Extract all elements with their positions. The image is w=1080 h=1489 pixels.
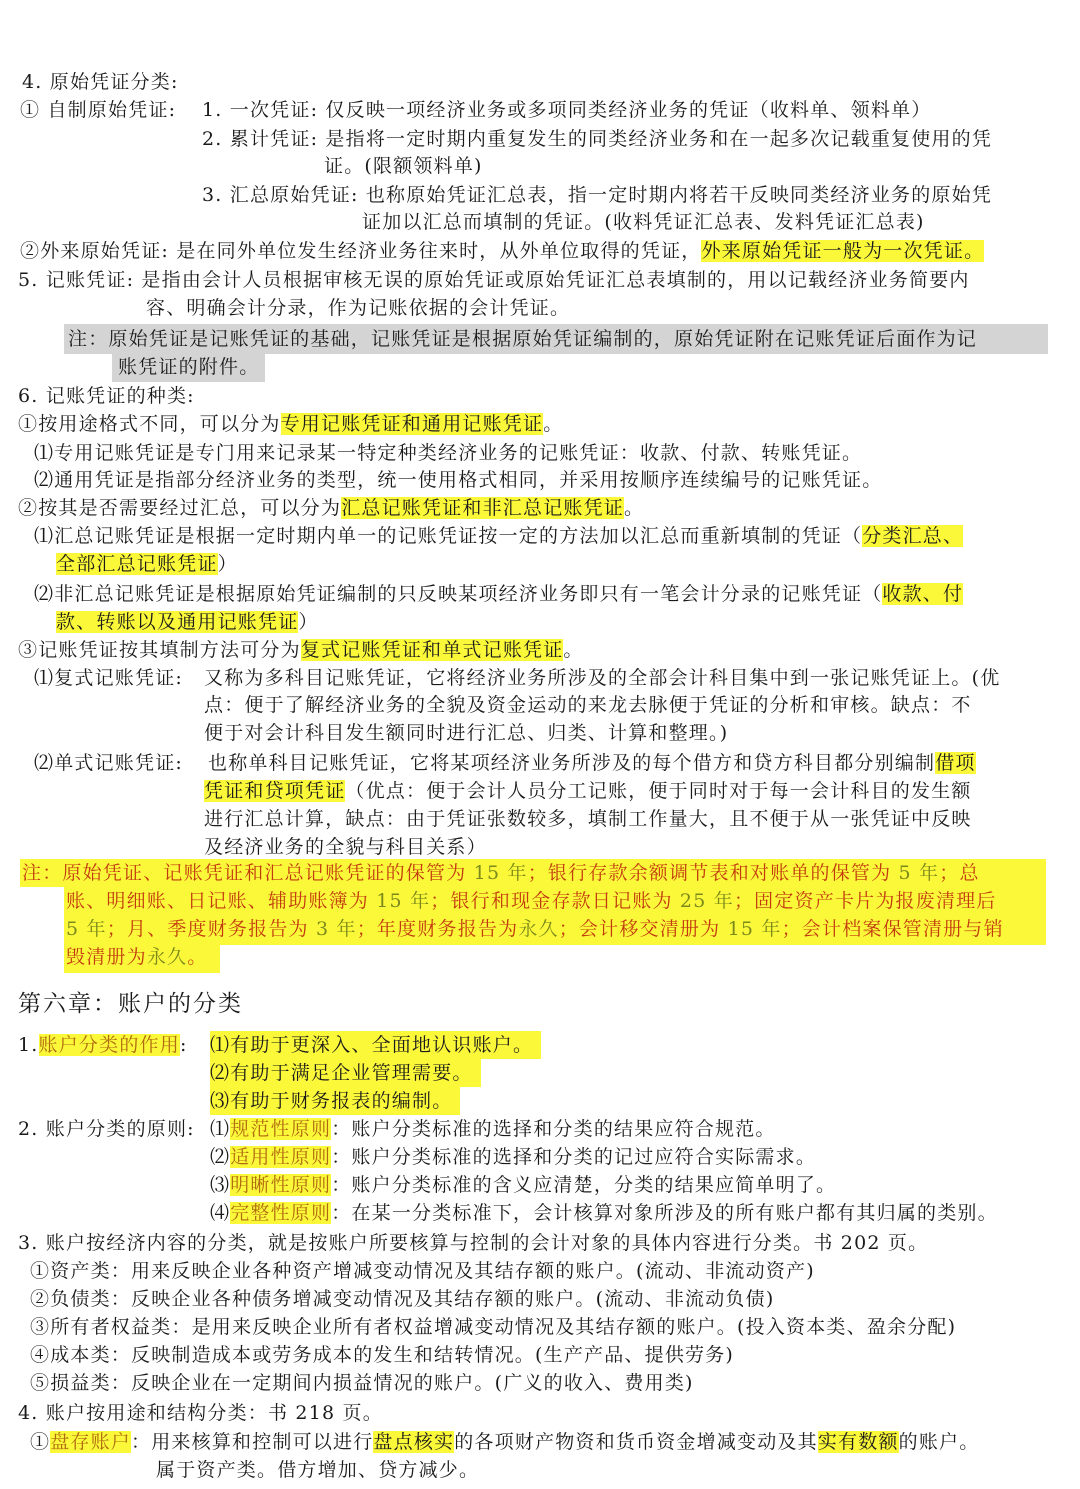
external-voucher-label: ②外来原始凭证: xyxy=(20,240,169,262)
account-class-1: ①资产类：用来反映企业各种资产增减变动情况及其结存额的账户。(流动、非流动资产) xyxy=(30,1257,815,1285)
note-text: 毁清册为 xyxy=(66,946,147,968)
item-highlight: 借项 xyxy=(935,752,975,774)
note-text: 账、明细账、日记账、辅助账簿为 xyxy=(66,890,376,912)
principle-2: ⑵适用性原则：账户分类标准的选择和分类的记过应符合实际需求。 xyxy=(210,1143,816,1171)
account-function-label: 账户分类的作用 xyxy=(39,1034,180,1056)
classification-text: ③记账凭证按其填制方法可分为 xyxy=(18,639,301,661)
retention-period: 5 年 xyxy=(66,918,107,940)
voucher-type-label: 2. 累计凭证: xyxy=(202,128,318,150)
principle-text: ：账户分类标准的选择和分类的结果应符合规范。 xyxy=(331,1118,775,1140)
inventory-account-cont: 属于资产类。借方增加、贷方减少。 xyxy=(156,1456,479,1484)
section-number: 1. xyxy=(18,1034,39,1056)
classification-1-item-2: ⑵通用凭证是指部分经济业务的类型，统一使用格式相同，并采用按顺序连续编号的记账凭… xyxy=(34,466,882,494)
classification-highlight: 汇总记账凭证和非汇总记账凭证 xyxy=(341,497,624,519)
note-text: ；月、季度财务报告为 xyxy=(107,918,316,940)
punct: ） xyxy=(218,553,238,575)
note-text: ；固定资产卡片为报废清理后 xyxy=(734,890,997,912)
retention-note-line-2: 账、明细账、日记账、辅助账簿为 15 年；银行和现金存款日记账为 25 年；固定… xyxy=(66,887,997,915)
account-function: 1.账户分类的作用: xyxy=(18,1031,188,1059)
single-voucher-line-1: 也称单科目记账凭证，它将某项经济业务所涉及的每个借方和贷方科目都分别编制借项 xyxy=(208,749,976,777)
principle-text: ：账户分类标准的选择和分类的记过应符合实际需求。 xyxy=(331,1146,816,1168)
note-text: ；银行存款余额调节表和对账单的保管为 xyxy=(528,862,899,884)
single-voucher-line-2: 凭证和贷项凭证（优点：便于会计人员分工记账，便于同时对于每一会计科目的发生额 xyxy=(204,777,972,805)
account-class-2: ②负债类：反映企业各种债务增减变动情况及其结存额的账户。(流动、非流动负债) xyxy=(30,1285,774,1313)
principle-name: 明晰性原则 xyxy=(230,1174,331,1196)
classification-text: ②按其是否需要经过汇总，可以分为 xyxy=(18,497,341,519)
inventory-account-name: 盘存账户 xyxy=(50,1431,131,1453)
voucher-type-3: 3. 汇总原始凭证: 也称原始凭证汇总表，指一定时期内将若干反映同类经济业务的原… xyxy=(202,181,992,209)
external-voucher: ②外来原始凭证: 是在同外单位发生经济业务往来时，从外单位取得的凭证，外来原始凭… xyxy=(20,237,984,265)
item-highlight: 凭证和贷项凭证 xyxy=(204,780,345,802)
classification-2: ②按其是否需要经过汇总，可以分为汇总记账凭证和非汇总记账凭证。 xyxy=(18,494,644,522)
voucher-type-text: 也称原始凭证汇总表，指一定时期内将若干反映同类经济业务的原始凭 xyxy=(366,184,992,206)
classification-1-item-1: ⑴专用记账凭证是专门用来记录某一特定种类经济业务的记账凭证：收款、付款、转账凭证… xyxy=(34,439,862,467)
note-text: ；会计档案保管清册与销 xyxy=(782,918,1004,940)
item-text: （优点：便于会计人员分工记账，便于同时对于每一会计科目的发生额 xyxy=(345,780,971,802)
note-text: ；银行和现金存款日记账为 xyxy=(430,890,680,912)
retention-period: 3 年 xyxy=(316,918,357,940)
account-class-4: ④成本类：反映制造成本或劳务成本的发生和结转情况。(生产产品、提供劳务) xyxy=(30,1341,734,1369)
note-text: ；年度财务报告为 xyxy=(357,918,519,940)
principle-number: ⑶ xyxy=(210,1174,230,1196)
gray-note-line-2: 账凭证的附件。 xyxy=(112,352,265,382)
account-class-3: ③所有者权益类：是用来反映企业所有者权益增减变动情况及其结存额的账户。(投入资本… xyxy=(30,1313,956,1341)
usage-structure-title: 4. 账户按用途和结构分类：书 218 页。 xyxy=(18,1399,383,1427)
retention-period: 15 年 xyxy=(474,862,528,884)
retention-period: 15 年 xyxy=(376,890,430,912)
retention-period: 15 年 xyxy=(728,918,782,940)
voucher-type-2-cont: 证。(限额领料单) xyxy=(324,152,483,180)
retention-note-line-3: 5 年；月、季度财务报告为 3 年；年度财务报告为永久；会计移交清册为 15 年… xyxy=(66,915,1004,943)
note-text: ；总 xyxy=(939,862,979,884)
note-text: 。 xyxy=(187,946,207,968)
classification-2-item-1-cont: 全部汇总记账凭证） xyxy=(56,550,238,578)
economic-content-title: 3. 账户按经济内容的分类，就是按账户所要核算与控制的会计对象的具体内容进行分类… xyxy=(18,1229,928,1257)
compound-voucher-line-3: 便于对会计科目发生额同时进行汇总、归类、计算和整理。) xyxy=(204,719,728,747)
principle-number: ⑷ xyxy=(210,1202,230,1224)
function-item-3: ⑶有助于财务报表的编制。 xyxy=(210,1087,460,1115)
item-text: 也称单科目记账凭证，它将某项经济业务所涉及的每个借方和贷方科目都分别编制 xyxy=(208,752,935,774)
voucher-type-label: 1. 一次凭证: xyxy=(202,99,318,121)
item-highlight: 盘点核实 xyxy=(373,1431,454,1453)
principle-text: ：账户分类标准的含义应清楚，分类的结果应简单明了。 xyxy=(331,1174,836,1196)
single-voucher-label: ⑵单式记账凭证: xyxy=(34,749,183,777)
principle-number: ⑴ xyxy=(210,1118,230,1140)
classification-2-item-2: ⑵非汇总记账凭证是根据原始凭证编制的只反映某项经济业务即只有一笔会计分录的记账凭… xyxy=(34,580,963,608)
principle-number: ⑵ xyxy=(210,1146,230,1168)
classification-highlight: 专用记账凭证和通用记账凭证 xyxy=(281,413,544,435)
account-class-5: ⑤损益类：反映企业在一定期间内损益情况的账户。(广义的收入、费用类) xyxy=(30,1369,694,1397)
section-5: 5. 记账凭证: 是指由会计人员根据审核无误的原始凭证或原始凭证汇总表填制的，用… xyxy=(18,266,970,294)
external-voucher-highlight: 外来原始凭证一般为一次凭证。 xyxy=(701,240,984,262)
principle-1: ⑴规范性原则：账户分类标准的选择和分类的结果应符合规范。 xyxy=(210,1115,776,1143)
punct: 。 xyxy=(563,639,583,661)
item-text: 的账户。 xyxy=(899,1431,980,1453)
voucher-type-2: 2. 累计凭证: 是指将一定时期内重复发生的同类经济业务和在一起多次记载重复使用… xyxy=(202,125,992,153)
punct: 。 xyxy=(543,413,563,435)
punct: ） xyxy=(298,611,318,633)
item-highlight: 收款、付 xyxy=(882,583,963,605)
note-text: 注：原始凭证、记账凭证和汇总记账凭证的保管为 xyxy=(22,862,474,884)
retention-period: 5 年 xyxy=(899,862,940,884)
voucher-type-label: 3. 汇总原始凭证: xyxy=(202,184,359,206)
voucher-type-3-cont: 证加以汇总而填制的凭证。(收料凭证汇总表、发料凭证汇总表) xyxy=(362,208,925,236)
voucher-type-text: 是指将一定时期内重复发生的同类经济业务和在一起多次记载重复使用的凭 xyxy=(325,128,992,150)
item-highlight: 分类汇总、 xyxy=(862,525,963,547)
self-made-voucher-label: ① 自制原始凭证: xyxy=(20,96,176,124)
external-voucher-text: 是在同外单位发生经济业务往来时，从外单位取得的凭证， xyxy=(176,240,701,262)
item-highlight: 款、转账以及通用记账凭证 xyxy=(56,611,298,633)
item-text: ⑵非汇总记账凭证是根据原始凭证编制的只反映某项经济业务即只有一笔会计分录的记账凭… xyxy=(34,583,882,605)
item-text: ：用来核算和控制可以进行 xyxy=(131,1431,373,1453)
classification-2-item-2-cont: 款、转账以及通用记账凭证） xyxy=(56,608,319,636)
single-voucher-line-4: 及经济业务的全貌与科目关系） xyxy=(204,833,487,861)
voucher-type-1: 1. 一次凭证: 仅反映一项经济业务或多项同类经济业务的凭证（收料单、领料单） xyxy=(202,96,931,124)
single-voucher-line-3: 进行汇总计算，缺点：由于凭证张数较多，填制工作量大，且不便于从一张凭证中反映 xyxy=(204,805,972,833)
principle-text: ：在某一分类标准下，会计核算对象所涉及的所有账户都有其归属的类别。 xyxy=(331,1202,998,1224)
principle-name: 完整性原则 xyxy=(230,1202,331,1224)
classification-1: ①按用途格式不同，可以分为专用记账凭证和通用记账凭证。 xyxy=(18,410,563,438)
principle-name: 规范性原则 xyxy=(230,1118,331,1140)
principle-3: ⑶明晰性原则：账户分类标准的含义应清楚，分类的结果应简单明了。 xyxy=(210,1171,836,1199)
retention-period: 25 年 xyxy=(680,890,734,912)
item-highlight: 全部汇总记账凭证 xyxy=(56,553,218,575)
function-item-1: ⑴有助于更深入、全面地认识账户。 xyxy=(210,1031,541,1059)
function-item-2: ⑵有助于满足企业管理需要。 xyxy=(210,1059,481,1087)
section-6-title: 6. 记账凭证的种类: xyxy=(18,382,195,410)
item-number: ① xyxy=(30,1431,50,1453)
item-text: ⑴汇总记账凭证是根据一定时期内单一的记账凭证按一定的方法加以汇总而重新填制的凭证… xyxy=(34,525,862,547)
compound-voucher-line-2: 点：便于了解经济业务的全貌及资金运动的来龙去脉便于凭证的分析和审核。缺点：不 xyxy=(204,691,972,719)
section-5-text: 是指由会计人员根据审核无误的原始凭证或原始凭证汇总表填制的，用以记载经济业务简要… xyxy=(141,269,969,291)
item-text: 的各项财产物资和货币资金增减变动及其 xyxy=(454,1431,818,1453)
principle-4: ⑷完整性原则：在某一分类标准下，会计核算对象所涉及的所有账户都有其归属的类别。 xyxy=(210,1199,998,1227)
retention-period: 永久 xyxy=(518,918,558,940)
classification-2-item-1: ⑴汇总记账凭证是根据一定时期内单一的记账凭证按一定的方法加以汇总而重新填制的凭证… xyxy=(34,522,963,550)
classification-text: ①按用途格式不同，可以分为 xyxy=(18,413,281,435)
section-4-title: 4. 原始凭证分类: xyxy=(22,68,179,96)
classification-3: ③记账凭证按其填制方法可分为复式记账凭证和单式记账凭证。 xyxy=(18,636,584,664)
voucher-type-text: 仅反映一项经济业务或多项同类经济业务的凭证（收料单、领料单） xyxy=(325,99,931,121)
item-highlight: 实有数额 xyxy=(818,1431,899,1453)
chapter-title: 第六章：账户的分类 xyxy=(18,988,243,1020)
retention-period: 永久 xyxy=(147,946,187,968)
inventory-account: ①盘存账户：用来核算和控制可以进行盘点核实的各项财产物资和货币资金增减变动及其实… xyxy=(30,1428,979,1456)
compound-voucher-label: ⑴复式记账凭证: xyxy=(34,664,183,692)
punct: : xyxy=(180,1034,188,1056)
retention-note-line-1: 注：原始凭证、记账凭证和汇总记账凭证的保管为 15 年；银行存款余额调节表和对账… xyxy=(22,859,980,887)
gray-note-line-1: 注：原始凭证是记账凭证的基础，记账凭证是根据原始凭证编制的，原始凭证附在记账凭证… xyxy=(64,324,1048,354)
principle-name: 适用性原则 xyxy=(230,1146,331,1168)
section-5-cont: 容、明确会计分录，作为记账依据的会计凭证。 xyxy=(146,294,570,322)
compound-voucher-line-1: 又称为多科目记账凭证，它将经济业务所涉及的全部会计科目集中到一张记账凭证上。(优 xyxy=(204,664,1000,692)
classification-highlight: 复式记账凭证和单式记账凭证 xyxy=(301,639,564,661)
punct: 。 xyxy=(624,497,644,519)
principles-label: 2. 账户分类的原则: xyxy=(18,1115,195,1143)
section-5-label: 5. 记账凭证: xyxy=(18,269,134,291)
note-text: ；会计移交清册为 xyxy=(559,918,728,940)
retention-note-line-4: 毁清册为永久。 xyxy=(66,943,207,971)
